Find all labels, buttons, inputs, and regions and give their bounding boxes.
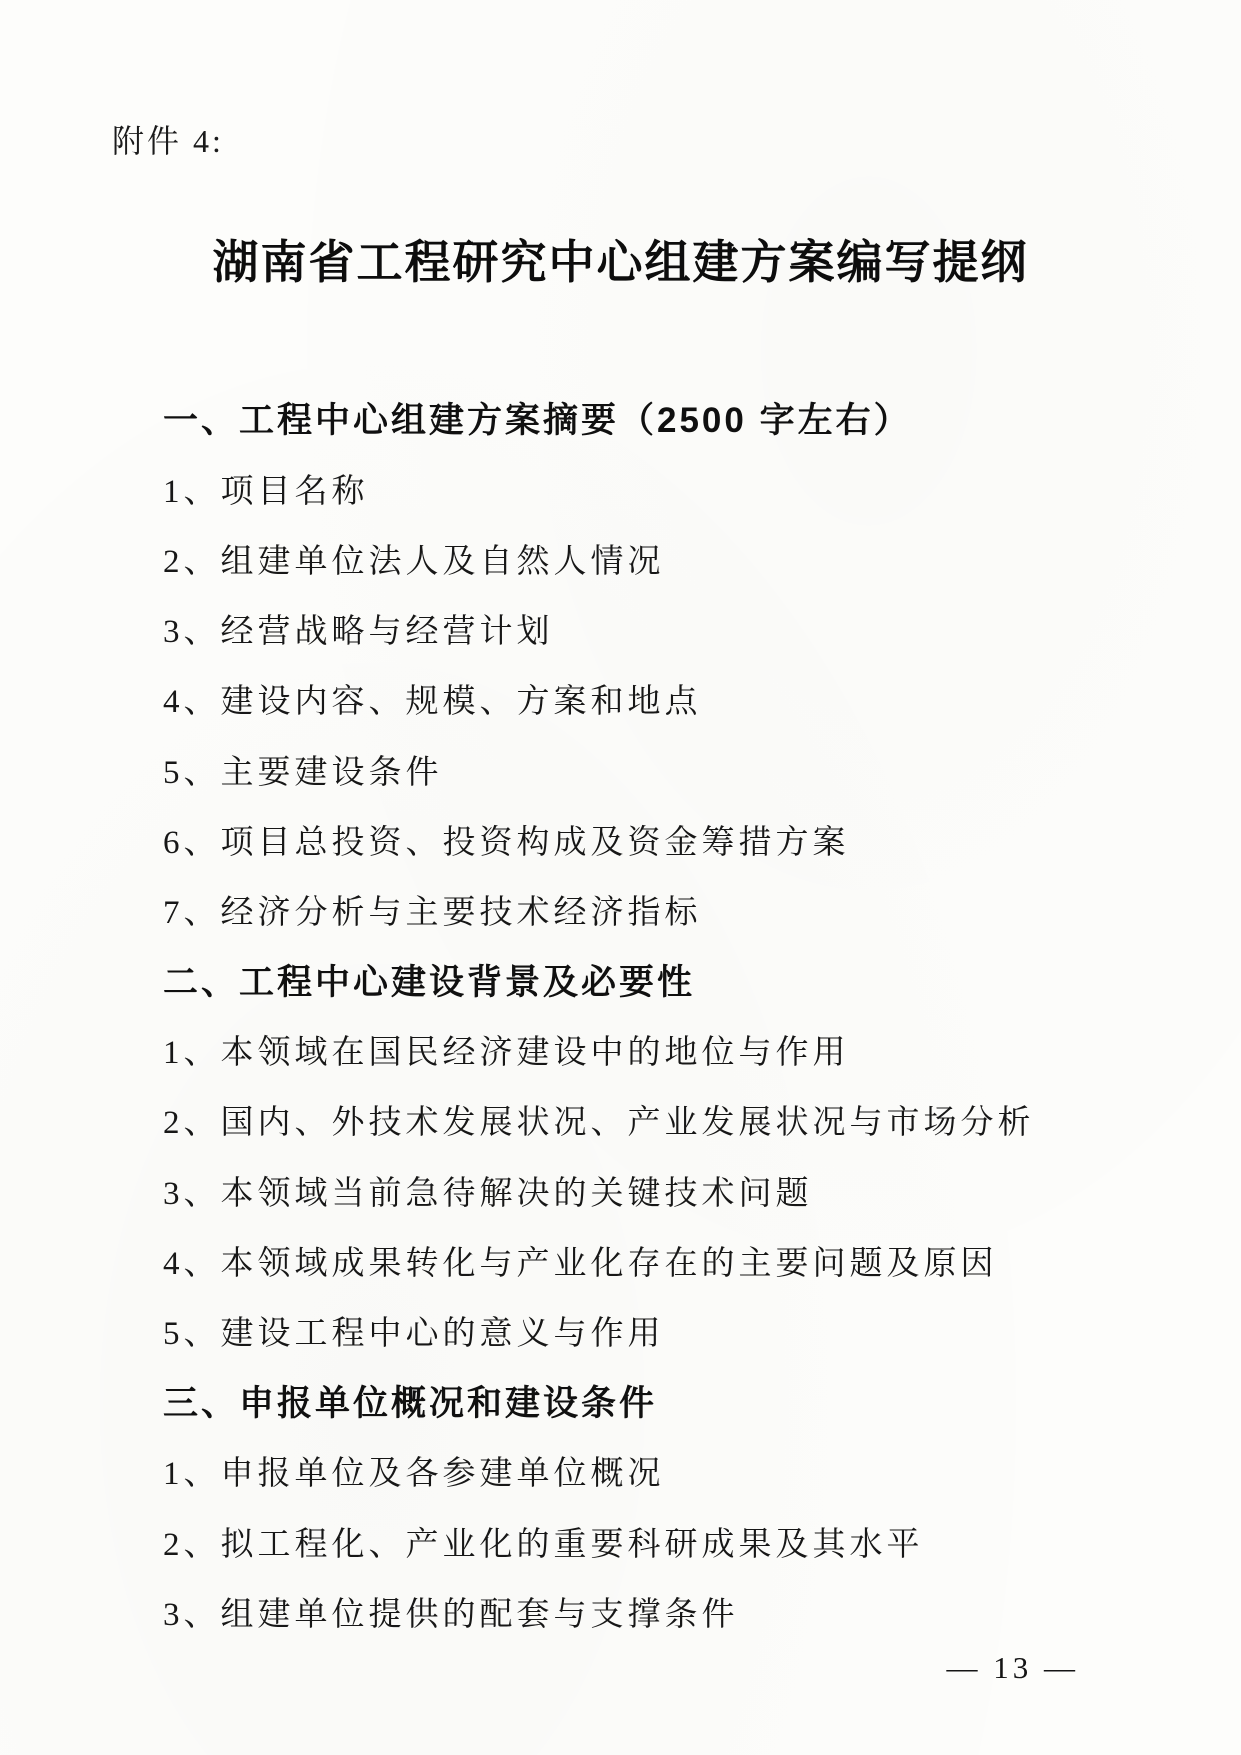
outline-item-1-2: 2、组建单位法人及自然人情况 [163, 523, 1161, 593]
outline-item-2-2: 2、国内、外技术发展状况、产业发展状况与市场分析 [163, 1085, 1161, 1155]
outline-section-2: 二、工程中心建设背景及必要性 [163, 945, 1161, 1015]
outline-item-1-7: 7、经济分析与主要技术经济指标 [163, 874, 1161, 944]
attachment-label: 附件 4: [112, 116, 224, 162]
outline-item-1-5: 5、主要建设条件 [163, 734, 1161, 804]
page-number: — 13 — [947, 1650, 1080, 1686]
outline-item-2-3: 3、本领域当前急待解决的关键技术问题 [163, 1155, 1161, 1225]
outline: 一、工程中心组建方案摘要（2500 字左右） 1、项目名称 2、组建单位法人及自… [163, 383, 1161, 1646]
outline-section-3: 三、申报单位概况和建设条件 [163, 1366, 1161, 1436]
document-title: 湖南省工程研究中心组建方案编写提纲 [0, 226, 1241, 292]
outline-item-1-3: 3、经营战略与经营计划 [163, 594, 1161, 664]
outline-section-1: 一、工程中心组建方案摘要（2500 字左右） [163, 383, 1161, 453]
outline-item-3-3: 3、组建单位提供的配套与支撑条件 [163, 1576, 1161, 1646]
outline-item-2-4: 4、本领域成果转化与产业化存在的主要问题及原因 [163, 1225, 1161, 1295]
outline-item-3-2: 2、拟工程化、产业化的重要科研成果及其水平 [163, 1506, 1161, 1576]
outline-item-1-1: 1、项目名称 [163, 453, 1161, 523]
outline-item-2-5: 5、建设工程中心的意义与作用 [163, 1295, 1161, 1365]
outline-item-1-4: 4、建设内容、规模、方案和地点 [163, 664, 1161, 734]
outline-item-1-6: 6、项目总投资、投资构成及资金筹措方案 [163, 804, 1161, 874]
document-page: 附件 4: 湖南省工程研究中心组建方案编写提纲 一、工程中心组建方案摘要（250… [0, 0, 1241, 1755]
outline-item-2-1: 1、本领域在国民经济建设中的地位与作用 [163, 1015, 1161, 1085]
outline-item-3-1: 1、申报单位及各参建单位概况 [163, 1436, 1161, 1506]
